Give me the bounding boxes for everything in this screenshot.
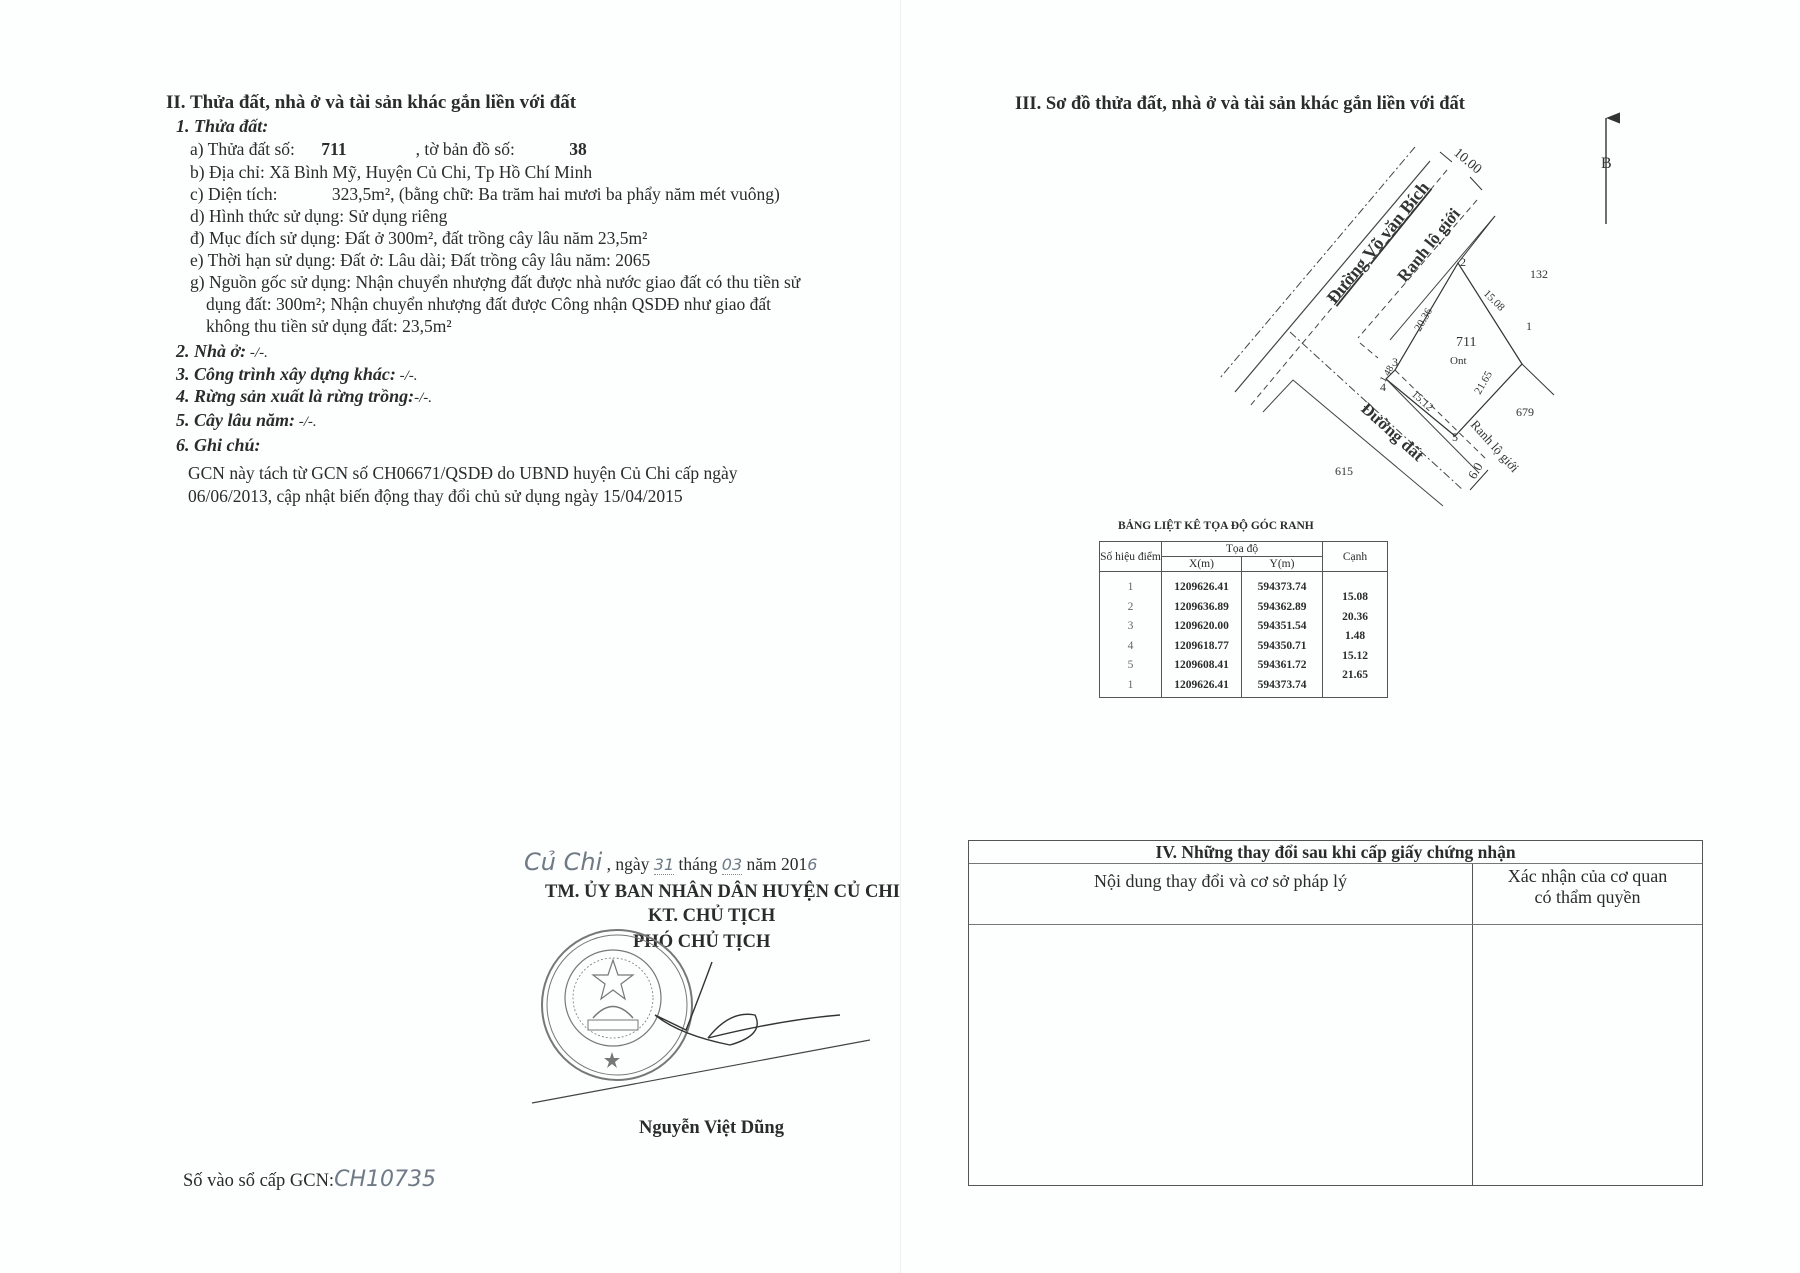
main-road-label: Đường Võ văn Bích — [1323, 178, 1434, 308]
parcel-outline — [1386, 263, 1522, 436]
col-point-header: Số hiệu điểm — [1100, 542, 1162, 572]
header-divider — [969, 924, 1702, 925]
col-change-content-header: Nội dung thay đổi và cơ sở pháp lý — [969, 871, 1472, 892]
area-label: c) Diện tích: — [190, 184, 277, 204]
origin-row-1: g) Nguồn gốc sử dụng: Nhận chuyển nhượng… — [190, 272, 800, 293]
neighbor-parcel-615: 615 — [1335, 464, 1353, 478]
section2-heading: II. Thửa đất, nhà ở và tài sản khác gắn … — [166, 92, 576, 114]
coord-table-title: BẢNG LIỆT KÊ TỌA ĐỘ GÓC RANH — [1118, 520, 1314, 532]
usage-purpose-row: đ) Mục đích sử dụng: Đất ở 300m², đất tr… — [190, 228, 647, 249]
issue-date: Củ Chi , ngày 31 tháng 03 năm 2016 — [524, 848, 817, 876]
side-road-label: Đường đất — [1357, 399, 1428, 465]
register-label: Số vào sổ cấp GCN: — [183, 1171, 334, 1191]
usage-term-row: e) Thời hạn sử dụng: Đất ở: Lâu dài; Đất… — [190, 250, 650, 271]
col-coords-header: Tọa độ — [1162, 542, 1323, 557]
issuing-authority: TM. ỦY BAN NHÂN DÂN HUYỆN CỦ CHI — [545, 882, 900, 903]
parcel-number-label: a) Thửa đất số: — [190, 139, 295, 159]
seal-and-signature — [530, 920, 870, 1110]
handwritten-day: 31 — [654, 855, 674, 875]
page-fold — [900, 0, 901, 1273]
area-value: 323,5m², (bằng chữ: Ba trăm hai mươi ba … — [332, 184, 780, 204]
area-row: c) Diện tích: 323,5m², (bằng chữ: Ba tră… — [190, 184, 780, 205]
main-road-width: 10.00 — [1450, 146, 1484, 178]
neighbor-parcel-679: 679 — [1516, 405, 1534, 419]
parcel-type-label: Ont — [1450, 355, 1467, 367]
neighbor-parcel-132: 132 — [1530, 267, 1548, 281]
side-road-width: 6.0 — [1465, 460, 1486, 482]
handwritten-place: Củ Chi — [524, 848, 602, 876]
map-sheet-number: 38 — [569, 139, 587, 159]
origin-row-2: dụng đất: 300m²; Nhận chuyển nhượng đất … — [206, 294, 771, 315]
col-y-header: Y(m) — [1242, 557, 1323, 572]
edge-column: 15.0820.361.4815.1221.65 — [1323, 572, 1388, 698]
handwritten-month: 03 — [722, 855, 742, 875]
x-column: 1209626.411209636.891209620.001209618.77… — [1162, 572, 1242, 698]
parcel-diagram: B 10.00 Đường Võ văn Bích Ranh lộ giới 6… — [1220, 100, 1660, 520]
official-seal-icon — [542, 930, 692, 1080]
register-number-row: Số vào sổ cấp GCN:CH10735 — [183, 1167, 436, 1192]
parcel-number: 711 — [321, 139, 411, 160]
point-3-label: 3 — [1392, 355, 1398, 369]
north-label: B — [1601, 155, 1612, 172]
register-number: CH10735 — [334, 1167, 436, 1192]
col-x-header: X(m) — [1162, 557, 1242, 572]
subsection-house: 2. Nhà ở: -/-. — [176, 341, 268, 362]
y-column: 594373.74594362.89594351.54594350.715943… — [1242, 572, 1323, 698]
col-edge-header: Cạnh — [1323, 542, 1388, 572]
subsection-notes: 6. Ghi chú: — [176, 435, 261, 456]
parcel-number-row: a) Thửa đất số: 711 , tờ bản đồ số: 38 — [190, 139, 587, 160]
point-column: 123451 — [1100, 572, 1162, 698]
signature-scribble-icon — [655, 962, 840, 1045]
signer-name: Nguyễn Việt Dũng — [639, 1118, 784, 1139]
usage-form-row: d) Hình thức sử dụng: Sử dụng riêng — [190, 206, 447, 227]
map-sheet-label: , tờ bản đồ số: — [416, 139, 515, 159]
changes-table: IV. Những thay đổi sau khi cấp giấy chứn… — [968, 840, 1703, 1186]
subsection-other-construction: 3. Công trình xây dựng khác: -/-. — [176, 364, 418, 385]
col-authority-confirm-header: Xác nhận của cơ quan có thẩm quyền — [1473, 866, 1702, 908]
subsection-forest: 4. Rừng sản xuất là rừng trồng:-/-. — [176, 386, 432, 407]
coord-table: Số hiệu điểm Tọa độ Cạnh X(m) Y(m) 12345… — [1099, 541, 1388, 698]
parcel-id-label: 711 — [1456, 335, 1476, 350]
note-line-2: 06/06/2013, cập nhật biến động thay đổi … — [188, 486, 683, 507]
point-2-label: 2 — [1460, 255, 1466, 269]
subsection-land: 1. Thửa đất: — [176, 116, 268, 137]
edge-1-2-length: 15.08 — [1481, 288, 1507, 314]
column-divider — [1472, 864, 1473, 1185]
subsection-perennial: 5. Cây lâu năm: -/-. — [176, 410, 317, 431]
section4-heading: IV. Những thay đổi sau khi cấp giấy chứn… — [969, 841, 1702, 864]
origin-row-3: không thu tiền sử dụng đất: 23,5m² — [206, 316, 452, 337]
point-5-label: 5 — [1452, 430, 1458, 444]
edge-5-1-length: 21.65 — [1472, 369, 1495, 397]
address-row: b) Địa chỉ: Xã Bình Mỹ, Huyện Củ Chi, Tp… — [190, 162, 592, 183]
handwritten-year-digit: 6 — [807, 855, 817, 874]
note-line-1: GCN này tách từ GCN số CH06671/QSDĐ do U… — [188, 463, 738, 484]
point-1-label: 1 — [1526, 319, 1532, 333]
